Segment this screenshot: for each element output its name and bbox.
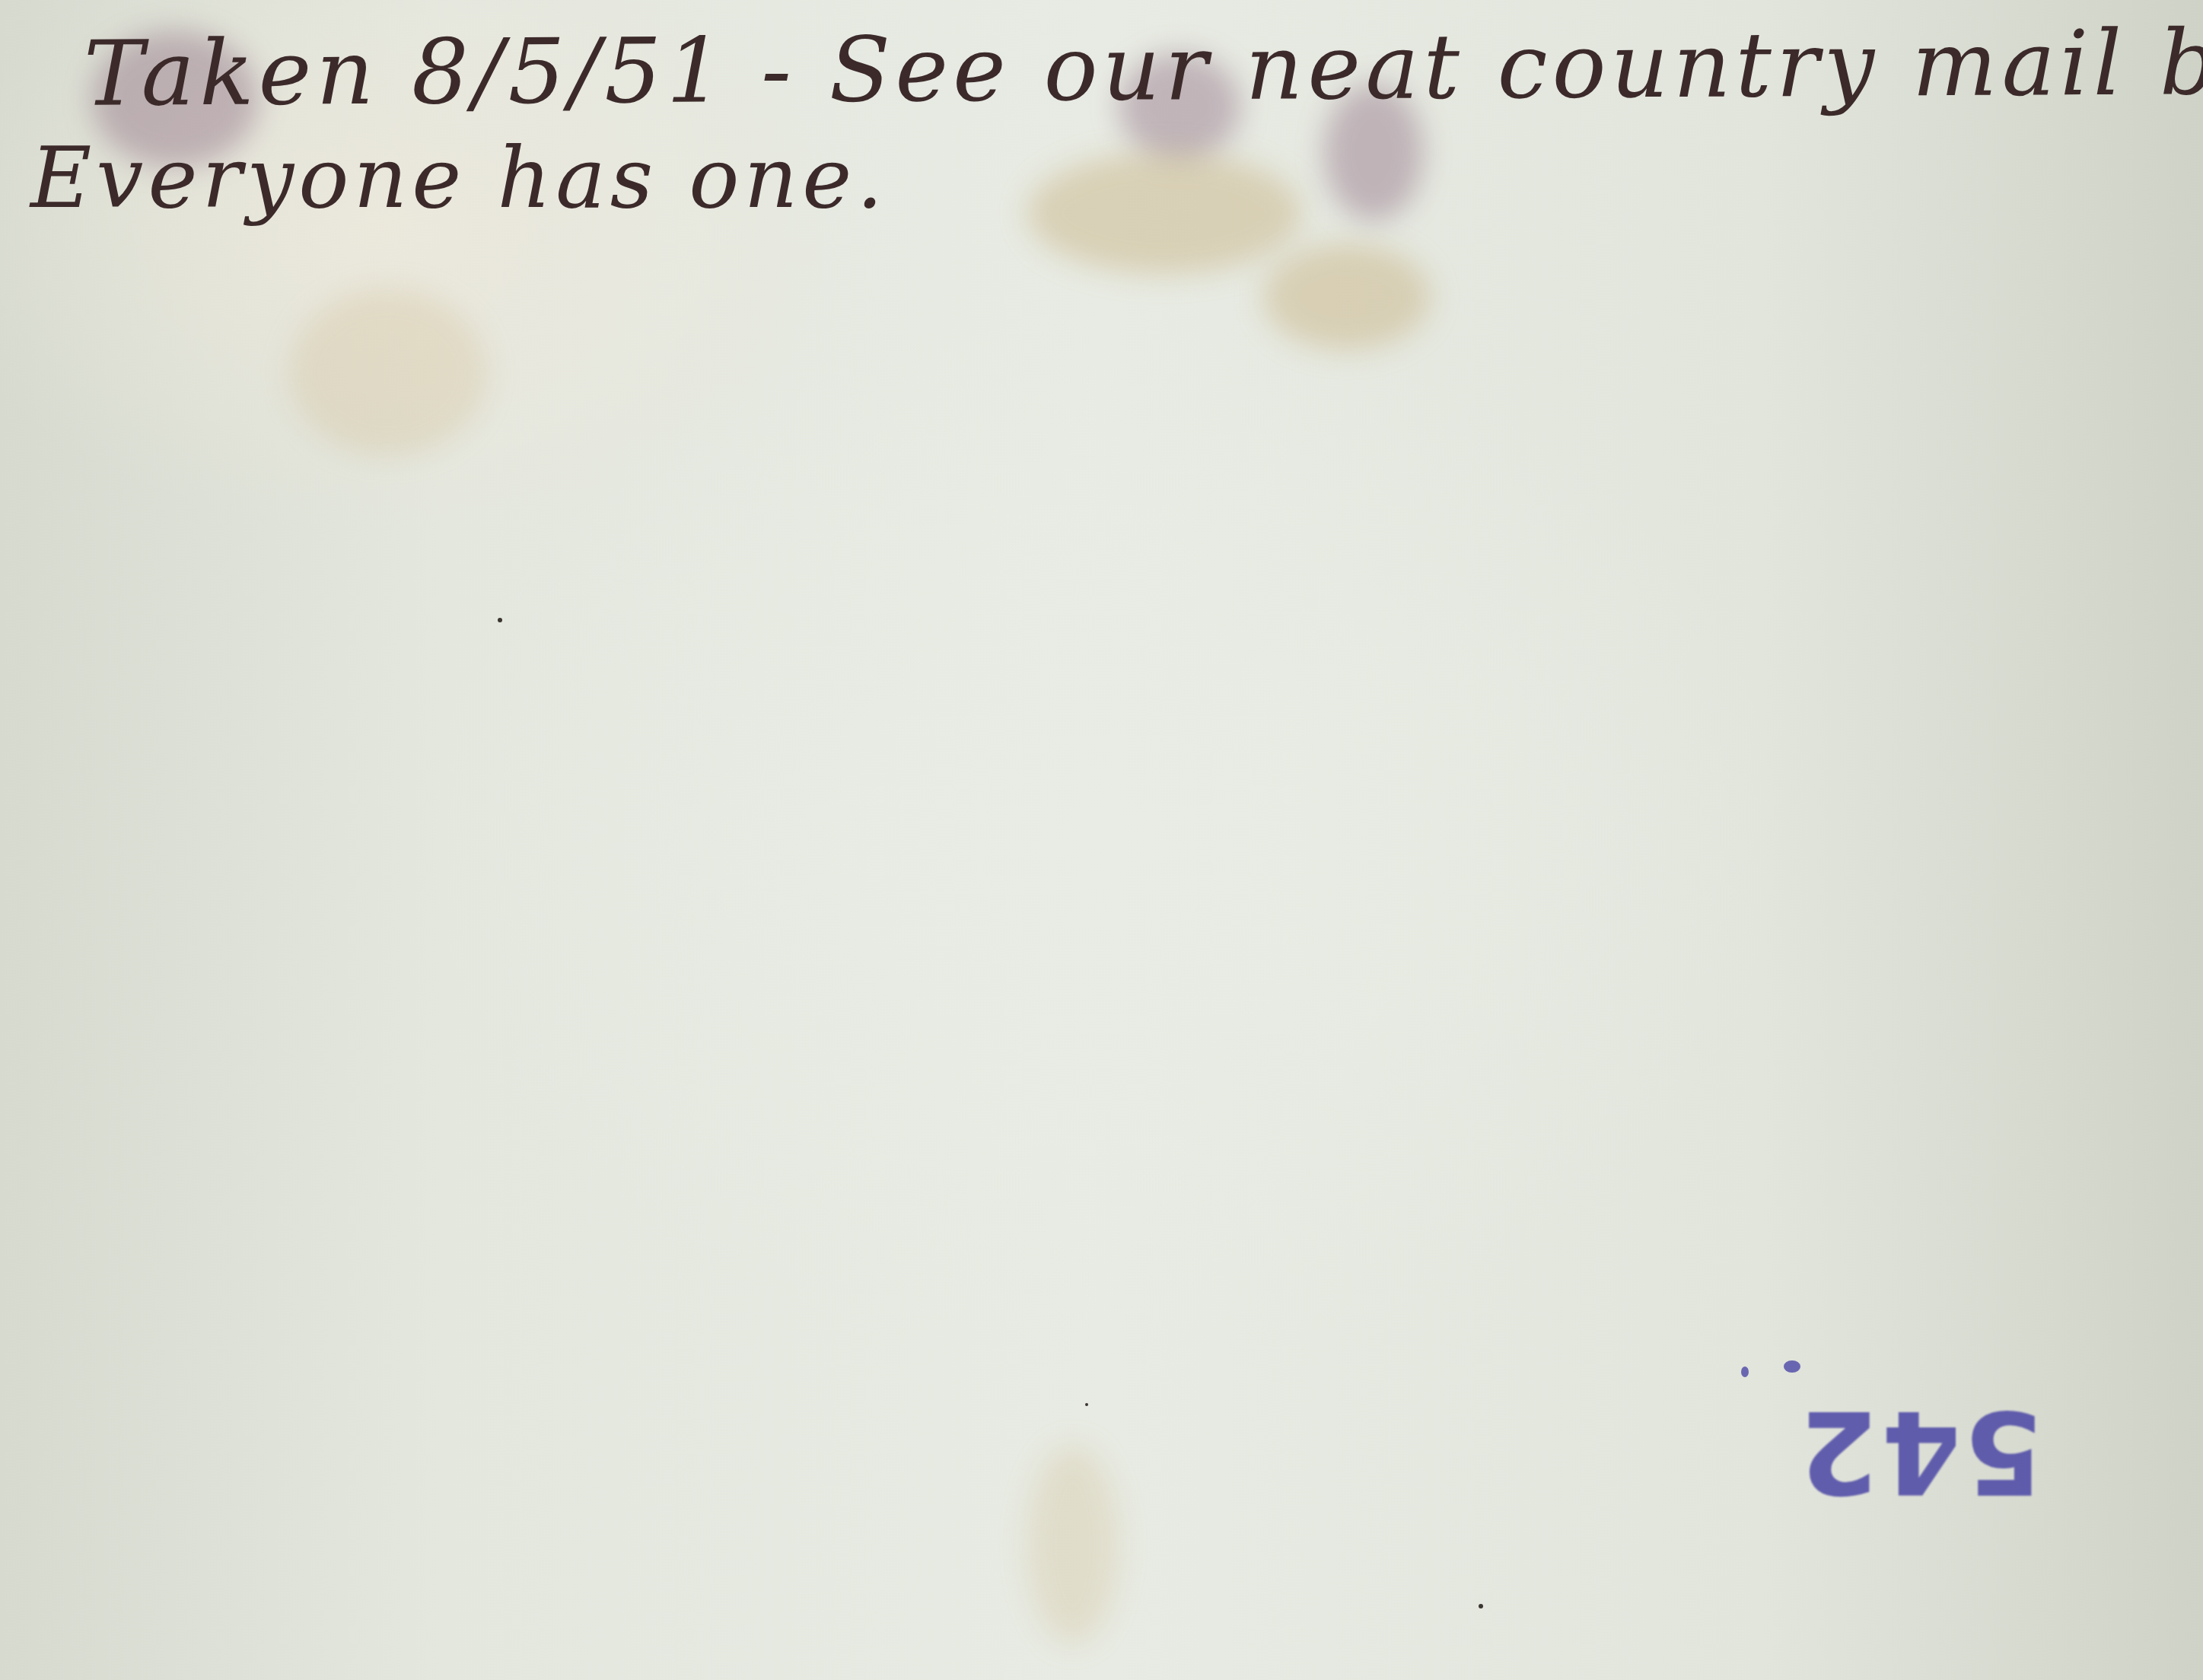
stamp-ink-dot [1741, 1367, 1749, 1377]
paper-speck [498, 618, 502, 622]
paper-speck [1479, 1604, 1483, 1608]
water-stain [289, 289, 487, 457]
stamped-number: 542 [1796, 1385, 2043, 1517]
paper-speck [1085, 1403, 1088, 1406]
water-stain [1263, 243, 1431, 350]
handwritten-caption-line-1: Taken 8/5/51 - See our neat country mail… [84, 9, 2203, 126]
stamp-ink-dot [1784, 1360, 1800, 1373]
water-stain [1027, 1446, 1119, 1643]
water-stain [1027, 152, 1301, 274]
photo-back-paper: Taken 8/5/51 - See our neat country mail… [0, 0, 2203, 1680]
handwritten-caption-line-2: Everyone has one. [30, 129, 887, 227]
